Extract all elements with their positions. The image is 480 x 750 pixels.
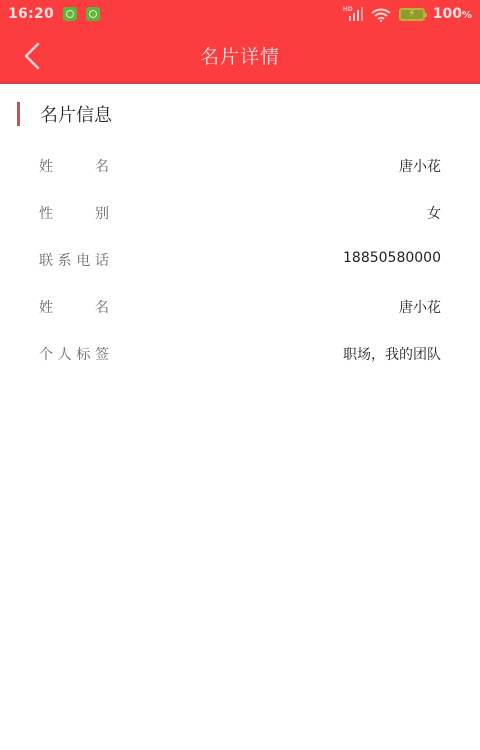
section-header: 名片信息 xyxy=(0,98,480,128)
info-value: 女 xyxy=(427,203,441,223)
info-list: 姓 名 唐小花 性 别 女 联 系 电 话 18850580000 姓 名 唐小… xyxy=(0,142,480,377)
chevron-left-icon xyxy=(23,42,41,70)
section-title: 名片信息 xyxy=(40,101,112,127)
battery-percent: 100% xyxy=(433,6,472,22)
info-row-gender: 性 别 女 xyxy=(0,189,480,236)
info-value: 唐小花 xyxy=(399,156,441,176)
info-value: 职场，我的团队 xyxy=(343,344,441,364)
signal-icon: HD xyxy=(343,7,363,21)
back-button[interactable] xyxy=(18,40,46,72)
battery-charging-icon: ⚡ xyxy=(399,8,425,21)
info-row-phone: 联 系 电 话 18850580000 xyxy=(0,236,480,283)
info-label: 性 别 xyxy=(39,203,109,223)
status-right: HD ⚡ 100% xyxy=(343,6,472,22)
section-accent-bar xyxy=(17,102,20,126)
navigation-bar: 名片详情 xyxy=(0,28,480,84)
info-row-tags: 个 人 标 签 职场，我的团队 xyxy=(0,330,480,377)
info-label: 姓 名 xyxy=(39,297,109,317)
info-label: 个 人 标 签 xyxy=(39,344,109,364)
status-time: 16:20 xyxy=(8,6,54,22)
status-bar: 16:20 HD ⚡ 100% xyxy=(0,0,480,28)
page-title: 名片详情 xyxy=(200,42,280,69)
info-value: 唐小花 xyxy=(399,297,441,317)
wifi-icon xyxy=(371,7,391,21)
info-label: 联 系 电 话 xyxy=(39,250,109,270)
info-value: 18850580000 xyxy=(343,250,441,266)
network-type-label: HD xyxy=(343,6,353,13)
info-row-name: 姓 名 唐小花 xyxy=(0,142,480,189)
info-label: 姓 名 xyxy=(39,156,109,176)
info-row-name: 姓 名 唐小花 xyxy=(0,283,480,330)
app-notification-icon xyxy=(86,7,100,21)
app-notification-icon xyxy=(63,7,77,21)
status-left: 16:20 xyxy=(8,6,100,22)
